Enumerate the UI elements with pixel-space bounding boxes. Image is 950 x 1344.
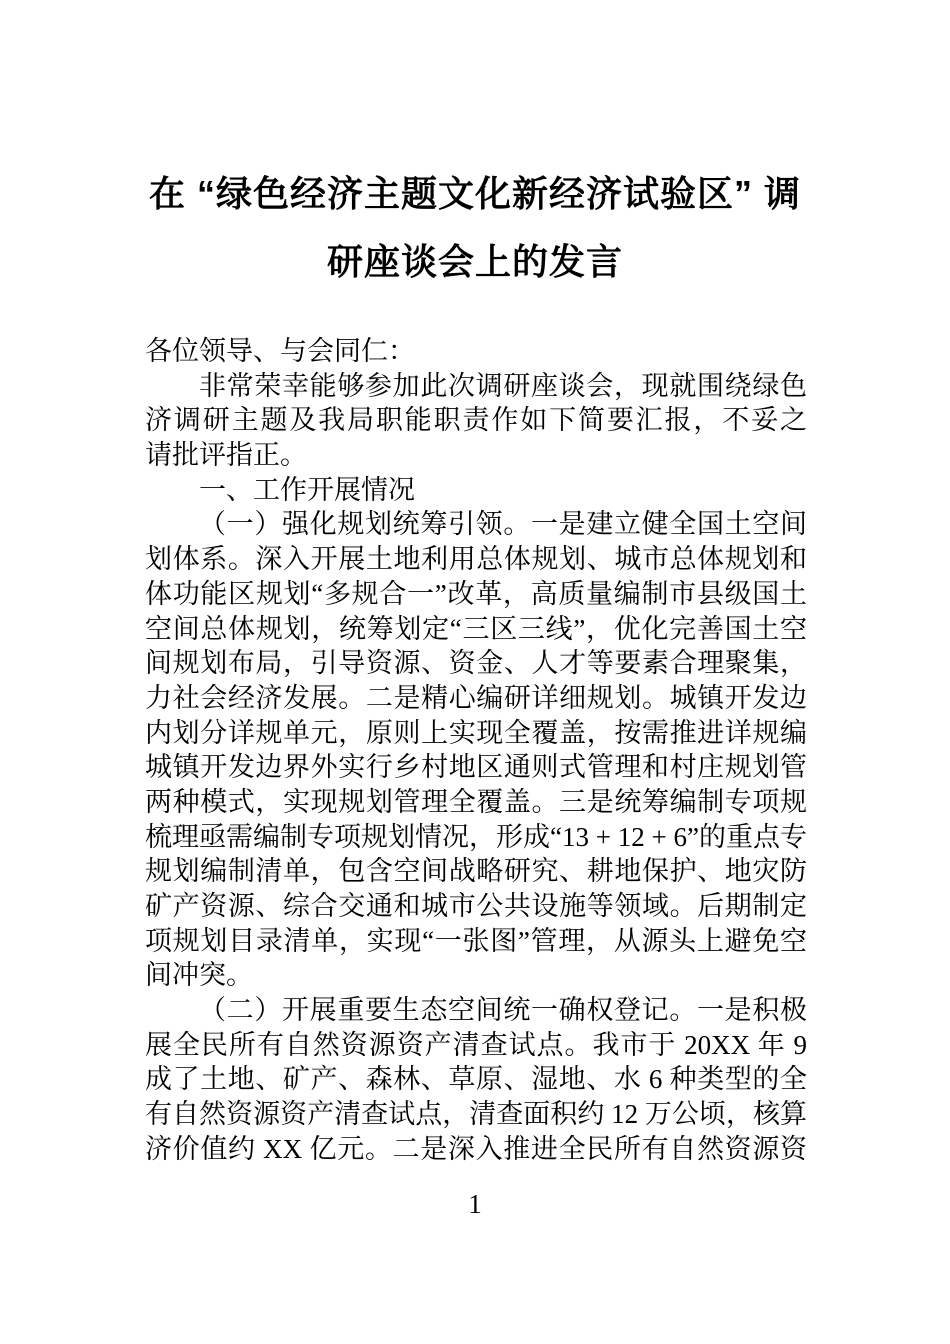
body-line: 请批评指正。 [145,438,807,473]
body-line: 济调研主题及我局职能职责作如下简要汇报，不妥之处， [145,403,807,438]
document-body: 各位领导、与会同仁：非常荣幸能够参加此次调研座谈会，现就围绕绿色经济调研主题及我… [145,334,807,1167]
page-number: 1 [0,1189,950,1220]
body-line: （一）强化规划统筹引领。一是建立健全国土空间规 [145,507,807,542]
body-line: 各位领导、与会同仁： [145,334,807,369]
body-line: 力社会经济发展。二是精心编研详细规划。城镇开发边界 [145,681,807,716]
document-title-line-2: 研座谈会上的发言 [40,228,910,296]
body-line: 内划分详规单元，原则上实现全覆盖，按需推进详规编制 [145,716,807,751]
body-line: 成了土地、矿产、森林、草原、湿地、水 6 种类型的全民所 [145,1062,807,1097]
body-line: 空间总体规划，统筹划定“三区三线”，优化完善国土空 [145,612,807,647]
body-line: 规划编制清单，包含空间战略研究、耕地保护、地灾防治 [145,854,807,889]
body-line: 矿产资源、综合交通和城市公共设施等领域。后期制定专 [145,889,807,924]
body-line: 划体系。深入开展土地利用总体规划、城市总体规划和主 [145,542,807,577]
body-line: 一、工作开展情况 [145,473,807,508]
body-line: 非常荣幸能够参加此次调研座谈会，现就围绕绿色经 [145,369,807,404]
body-line: 济价值约 XX 亿元。二是深入推进全民所有自然资源资产清 [145,1132,807,1167]
body-line: 两种模式，实现规划管理全覆盖。三是统筹编制专项规划 [145,785,807,820]
document-page: 在 “绿色经济主题文化新经济试验区” 调 研座谈会上的发言 各位领导、与会同仁：… [0,0,950,1344]
body-line: 间规划布局，引导资源、资金、人才等要素合理聚集，助 [145,646,807,681]
document-title-line-1: 在 “绿色经济主题文化新经济试验区” 调 [40,160,910,228]
body-line: 梳理亟需编制专项规划情况，形成“13 + 12 + 6”的重点专项 [145,820,807,855]
body-line: 间冲突。 [145,958,807,993]
body-line: （二）开展重要生态空间统一确权登记。一是积极开 [145,993,807,1028]
body-line: 项规划目录清单，实现“一张图”管理，从源头上避免空 [145,924,807,959]
body-line: 展全民所有自然资源资产清查试点。我市于 20XX 年 9 月完 [145,1028,807,1063]
body-line: 有自然资源资产清查试点，清查面积约 12 万公顷，核算经 [145,1097,807,1132]
document-title: 在 “绿色经济主题文化新经济试验区” 调 研座谈会上的发言 [40,160,910,296]
body-line: 城镇开发边界外实行乡村地区通则式管理和村庄规划管理 [145,750,807,785]
body-line: 体功能区规划“多规合一”改革，高质量编制市县级国土 [145,577,807,612]
